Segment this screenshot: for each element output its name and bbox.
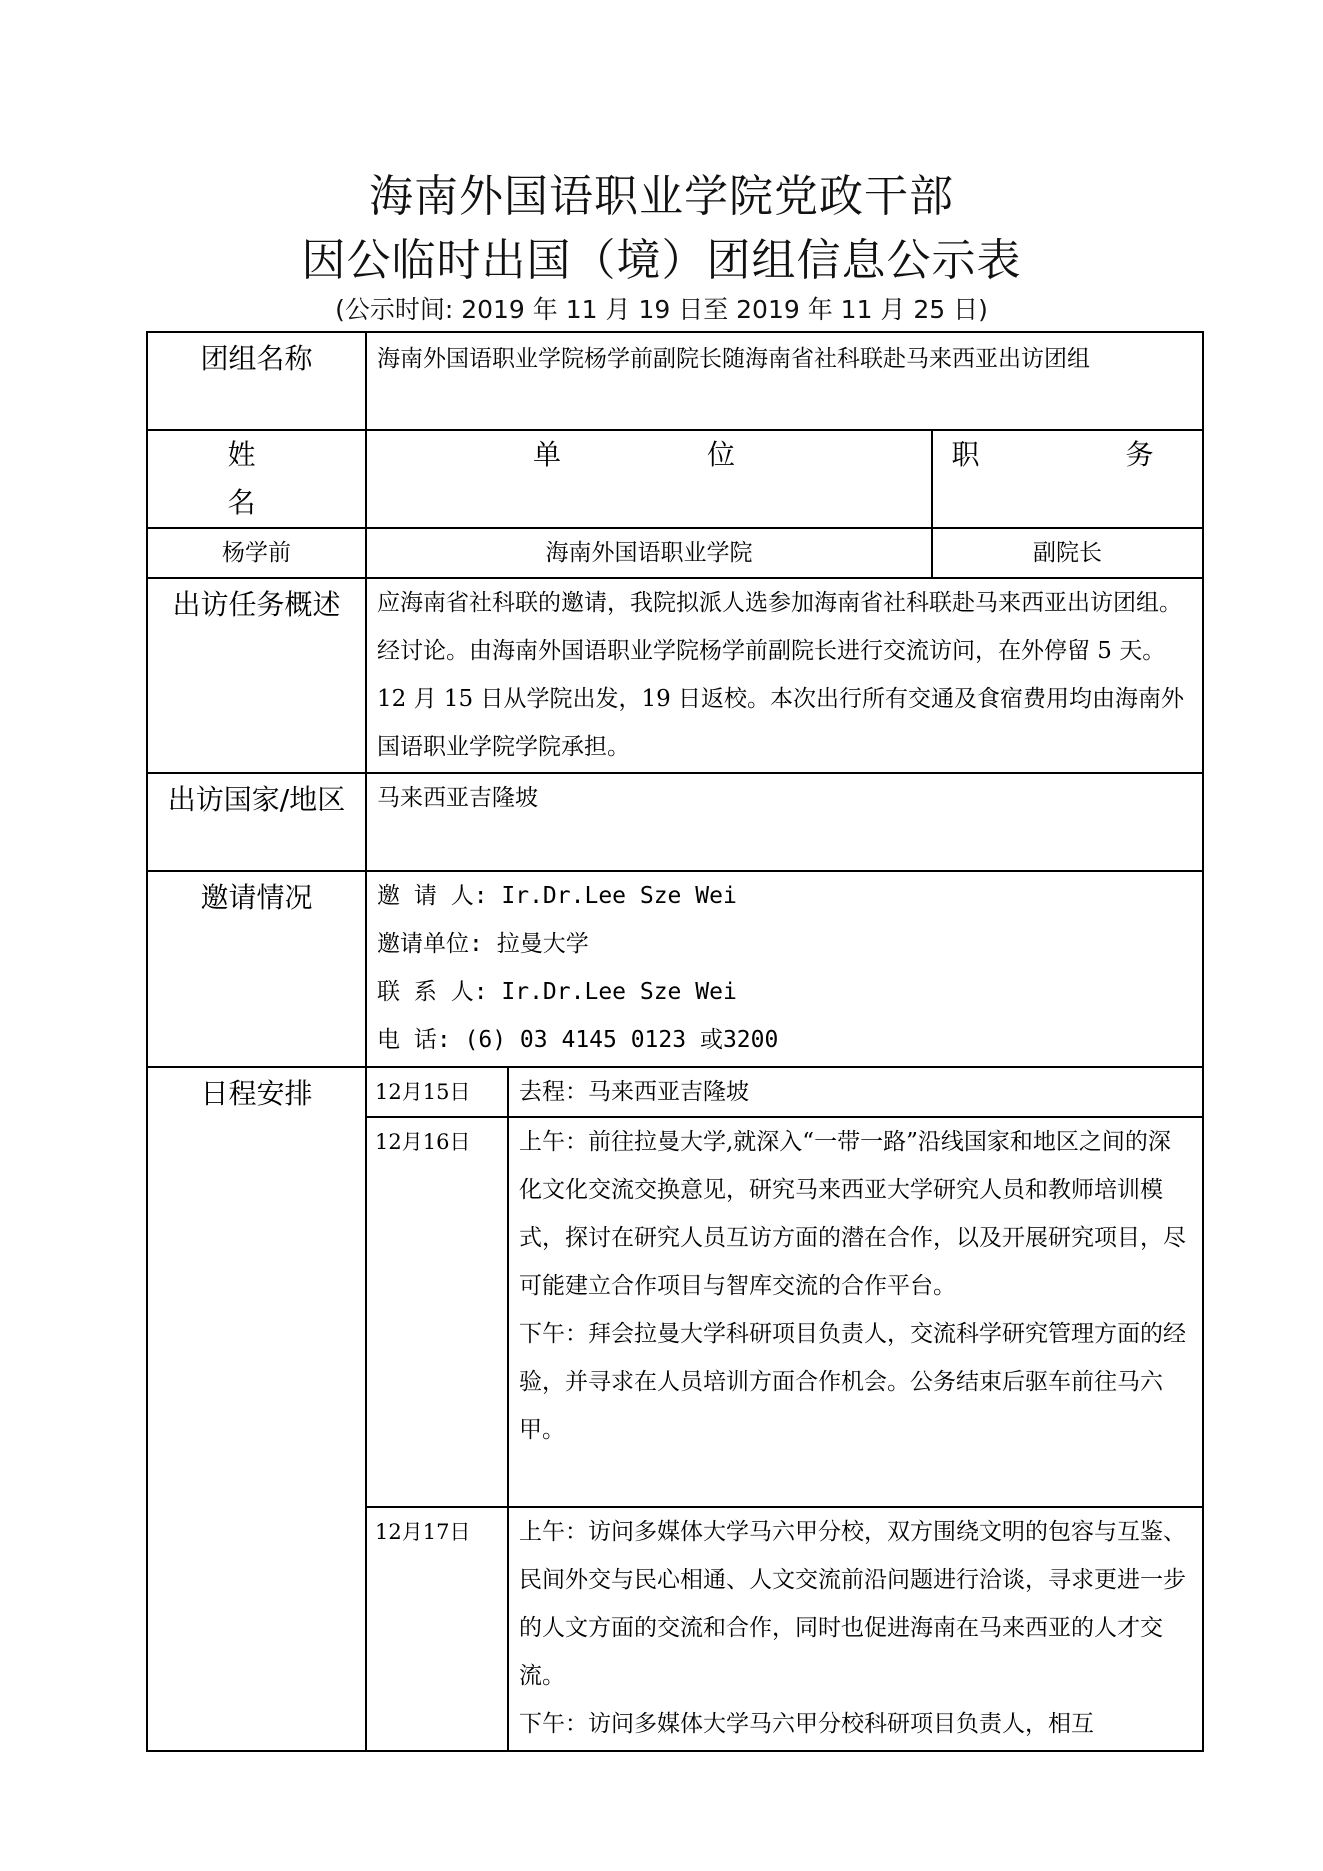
member-unit: 海南外国语职业学院 (366, 528, 932, 578)
schedule-row-1: 日程安排 12月15日 去程：马来西亚吉隆坡 (147, 1067, 1203, 1117)
schedule-paragraph: 去程：马来西亚吉隆坡 (519, 1068, 1192, 1116)
member-name: 杨学前 (147, 528, 366, 578)
schedule-paragraph-morning: 上午：访问多媒体大学马六甲分校，双方围绕文明的包容与互鉴、民间外交与民心相通、人… (519, 1508, 1192, 1700)
phone-line: 电 话: (6) 03 4145 0123 或3200 (377, 1016, 1192, 1064)
contact-line: 联 系 人: Ir.Dr.Lee Sze Wei (377, 968, 1192, 1016)
destination-row: 出访国家/地区 马来西亚吉隆坡 (147, 773, 1203, 871)
invitation-label: 邀请情况 (147, 871, 366, 1067)
document-title-line2: 因公临时出国（境）团组信息公示表 (0, 224, 1323, 288)
header-name: 姓 名 (147, 430, 366, 528)
schedule-detail: 上午：前往拉曼大学,就深入“一带一路”沿线国家和地区之间的深化文化交流交换意见，… (508, 1117, 1203, 1507)
schedule-date: 12月17日 (366, 1507, 508, 1751)
schedule-label: 日程安排 (147, 1067, 366, 1751)
member-position: 副院长 (932, 528, 1203, 578)
schedule-detail: 上午：访问多媒体大学马六甲分校，双方围绕文明的包容与互鉴、民间外交与民心相通、人… (508, 1507, 1203, 1751)
group-name-value: 海南外国语职业学院杨学前副院长随海南省社科联赴马来西亚出访团组 (366, 332, 1203, 430)
group-name-row: 团组名称 海南外国语职业学院杨学前副院长随海南省社科联赴马来西亚出访团组 (147, 332, 1203, 430)
inviter-line: 邀 请 人: Ir.Dr.Lee Sze Wei (377, 872, 1192, 920)
mission-value: 应海南省社科联的邀请，我院拟派人选参加海南省社科联赴马来西亚出访团组。经讨论。由… (366, 578, 1203, 773)
header-position: 职 务 (932, 430, 1203, 528)
schedule-paragraph-afternoon: 下午：访问多媒体大学马六甲分校科研项目负责人，相互 (519, 1700, 1192, 1748)
header-unit: 单 位 (366, 430, 932, 528)
document-title-line1: 海南外国语职业学院党政干部 (0, 160, 1323, 224)
schedule-detail: 去程：马来西亚吉隆坡 (508, 1067, 1203, 1117)
inviting-org-line: 邀请单位: 拉曼大学 (377, 920, 1192, 968)
mission-label: 出访任务概述 (147, 578, 366, 773)
schedule-paragraph-afternoon: 下午：拜会拉曼大学科研项目负责人，交流科学研究管理方面的经验，并寻求在人员培训方… (519, 1310, 1192, 1454)
destination-label: 出访国家/地区 (147, 773, 366, 871)
notice-period: (公示时间: 2019 年 11 月 19 日至 2019 年 11 月 25 … (0, 290, 1323, 326)
invitation-details: 邀 请 人: Ir.Dr.Lee Sze Wei 邀请单位: 拉曼大学 联 系 … (366, 871, 1203, 1067)
schedule-date: 12月16日 (366, 1117, 508, 1507)
member-row: 杨学前 海南外国语职业学院 副院长 (147, 528, 1203, 578)
schedule-date: 12月15日 (366, 1067, 508, 1117)
info-table: 团组名称 海南外国语职业学院杨学前副院长随海南省社科联赴马来西亚出访团组 姓 名… (146, 331, 1204, 1752)
invitation-row: 邀请情况 邀 请 人: Ir.Dr.Lee Sze Wei 邀请单位: 拉曼大学… (147, 871, 1203, 1067)
mission-row: 出访任务概述 应海南省社科联的邀请，我院拟派人选参加海南省社科联赴马来西亚出访团… (147, 578, 1203, 773)
group-name-label: 团组名称 (147, 332, 366, 430)
destination-value: 马来西亚吉隆坡 (366, 773, 1203, 871)
members-header-row: 姓 名 单 位 职 务 (147, 430, 1203, 528)
schedule-paragraph-morning: 上午：前往拉曼大学,就深入“一带一路”沿线国家和地区之间的深化文化交流交换意见，… (519, 1118, 1192, 1310)
